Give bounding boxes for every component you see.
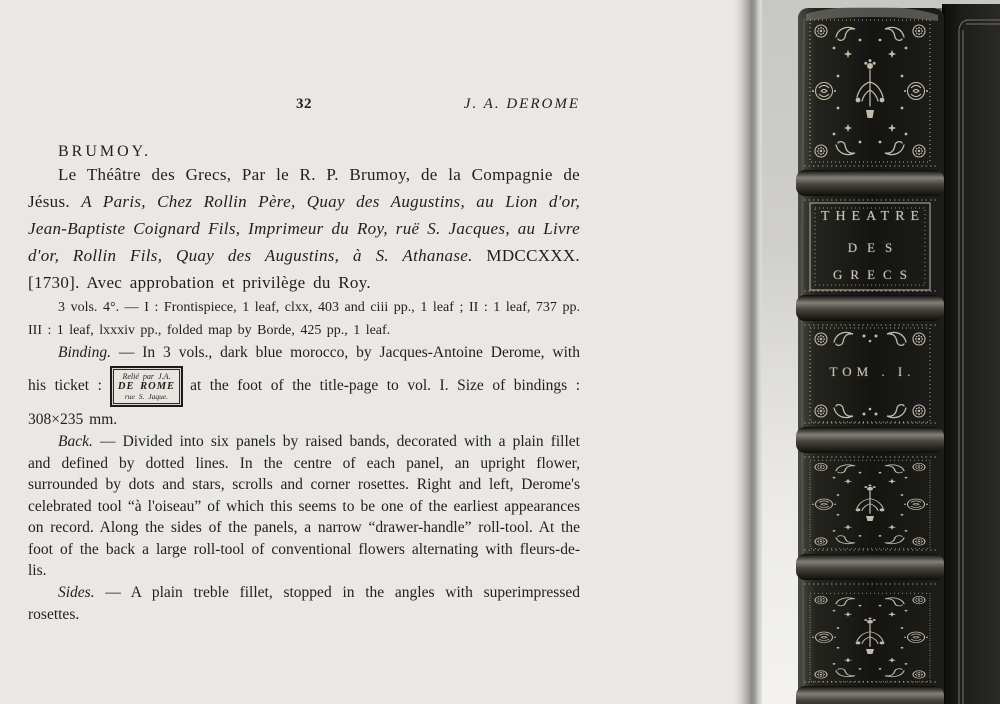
page-gutter — [735, 0, 762, 704]
spine-volume-label: TOM . I. — [808, 364, 932, 380]
page-header: 32 J. A. DEROME — [28, 96, 580, 116]
spine-title-line2: DES — [808, 240, 932, 256]
title-paragraph: Le Théâtre des Grecs, Par le R. P. Brumo… — [28, 161, 580, 296]
ticket-line-1: Relié par J.A. — [118, 372, 175, 381]
back-paragraph: Back. — Divided into six panels by raise… — [28, 431, 580, 582]
plate-photo: THEATRE DES GRECS TOM . I. — [762, 0, 1000, 704]
left-page: 32 J. A. DEROME BRUMOY. Le Théâtre des G… — [28, 0, 580, 626]
entry-heading: BRUMOY. — [28, 143, 580, 161]
binding-label: Binding. — [58, 344, 111, 361]
back-label: Back. — [58, 433, 93, 450]
collation-paragraph: 3 vols. 4°. — I : Frontispiece, 1 leaf, … — [28, 296, 580, 342]
running-header: J. A. DEROME — [464, 96, 580, 113]
binding-paragraph: Binding. — In 3 vols., dark blue morocco… — [28, 342, 580, 431]
spine-title-line1: THEATRE — [808, 209, 932, 225]
sides-text: — A plain treble fillet, stopped in the … — [28, 584, 580, 623]
binder-ticket-inner: Relié par J.A.DE ROMErue S. Jaque. — [113, 369, 180, 404]
spine-photo-graphic — [762, 0, 1000, 704]
ticket-line-2: DE ROME — [118, 381, 175, 392]
spine-title-line3: GRECS — [808, 267, 932, 283]
sides-paragraph: Sides. — A plain treble fillet, stopped … — [28, 582, 580, 626]
ticket-line-3: rue S. Jaque. — [118, 392, 175, 401]
binder-ticket: Relié par J.A.DE ROMErue S. Jaque. — [110, 366, 183, 407]
back-text: — Divided into six panels by raised band… — [28, 433, 580, 579]
sides-label: Sides. — [58, 584, 95, 601]
book-scan: 32 J. A. DEROME BRUMOY. Le Théâtre des G… — [0, 0, 1000, 704]
cover-board — [942, 4, 1000, 704]
